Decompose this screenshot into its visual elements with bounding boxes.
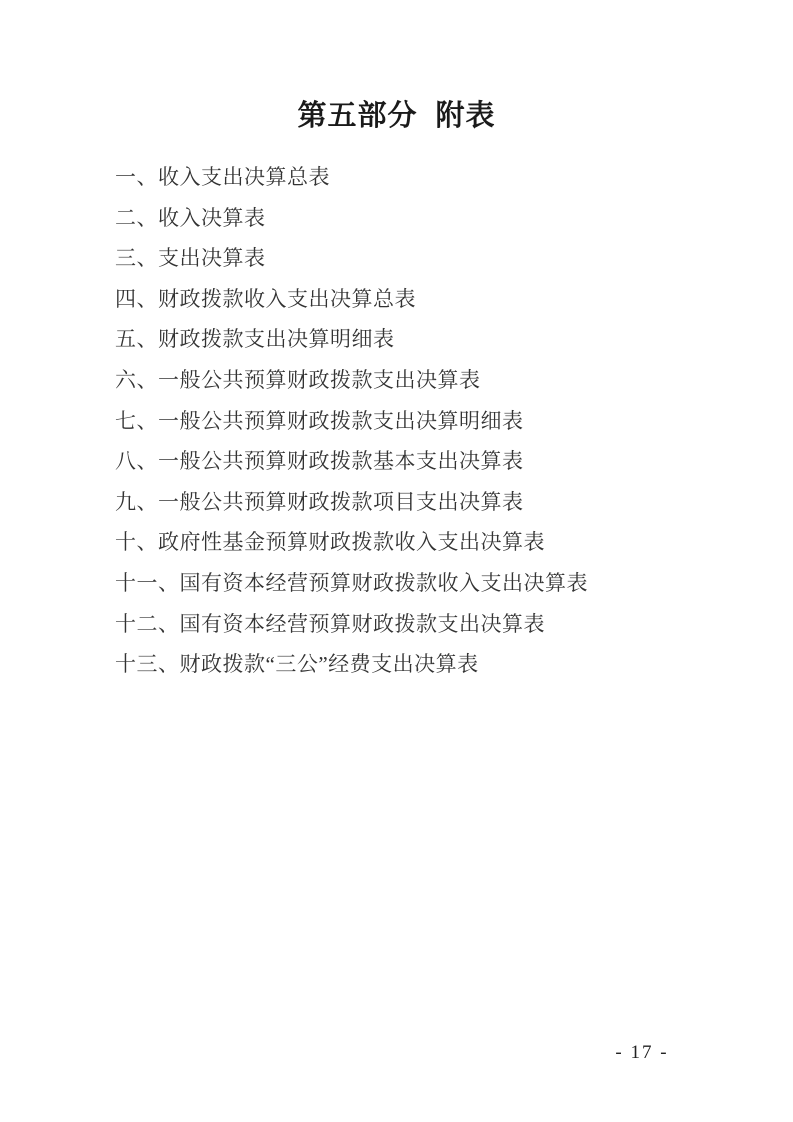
- document-page: 第五部分 附表 一、收入支出决算总表 二、收入决算表 三、支出决算表 四、财政拨…: [0, 0, 793, 1122]
- toc-item: 九、一般公共预算财政拨款项目支出决算表: [115, 482, 733, 523]
- toc-list: 一、收入支出决算总表 二、收入决算表 三、支出决算表 四、财政拨款收入支出决算总…: [115, 157, 733, 685]
- toc-item: 二、收入决算表: [115, 198, 733, 239]
- toc-item: 十一、国有资本经营预算财政拨款收入支出决算表: [115, 563, 733, 604]
- toc-item: 十、政府性基金预算财政拨款收入支出决算表: [115, 522, 733, 563]
- toc-item: 五、财政拨款支出决算明细表: [115, 319, 733, 360]
- page-title: 第五部分 附表: [0, 99, 793, 133]
- toc-item: 一、收入支出决算总表: [115, 157, 733, 198]
- toc-item: 八、一般公共预算财政拨款基本支出决算表: [115, 441, 733, 482]
- toc-item: 三、支出决算表: [115, 238, 733, 279]
- page-number: - 17 -: [607, 1042, 677, 1064]
- toc-item: 六、一般公共预算财政拨款支出决算表: [115, 360, 733, 401]
- toc-item: 七、一般公共预算财政拨款支出决算明细表: [115, 401, 733, 442]
- toc-item: 十三、财政拨款“三公”经费支出决算表: [115, 644, 733, 685]
- toc-item: 四、财政拨款收入支出决算总表: [115, 279, 733, 320]
- toc-item: 十二、国有资本经营预算财政拨款支出决算表: [115, 604, 733, 645]
